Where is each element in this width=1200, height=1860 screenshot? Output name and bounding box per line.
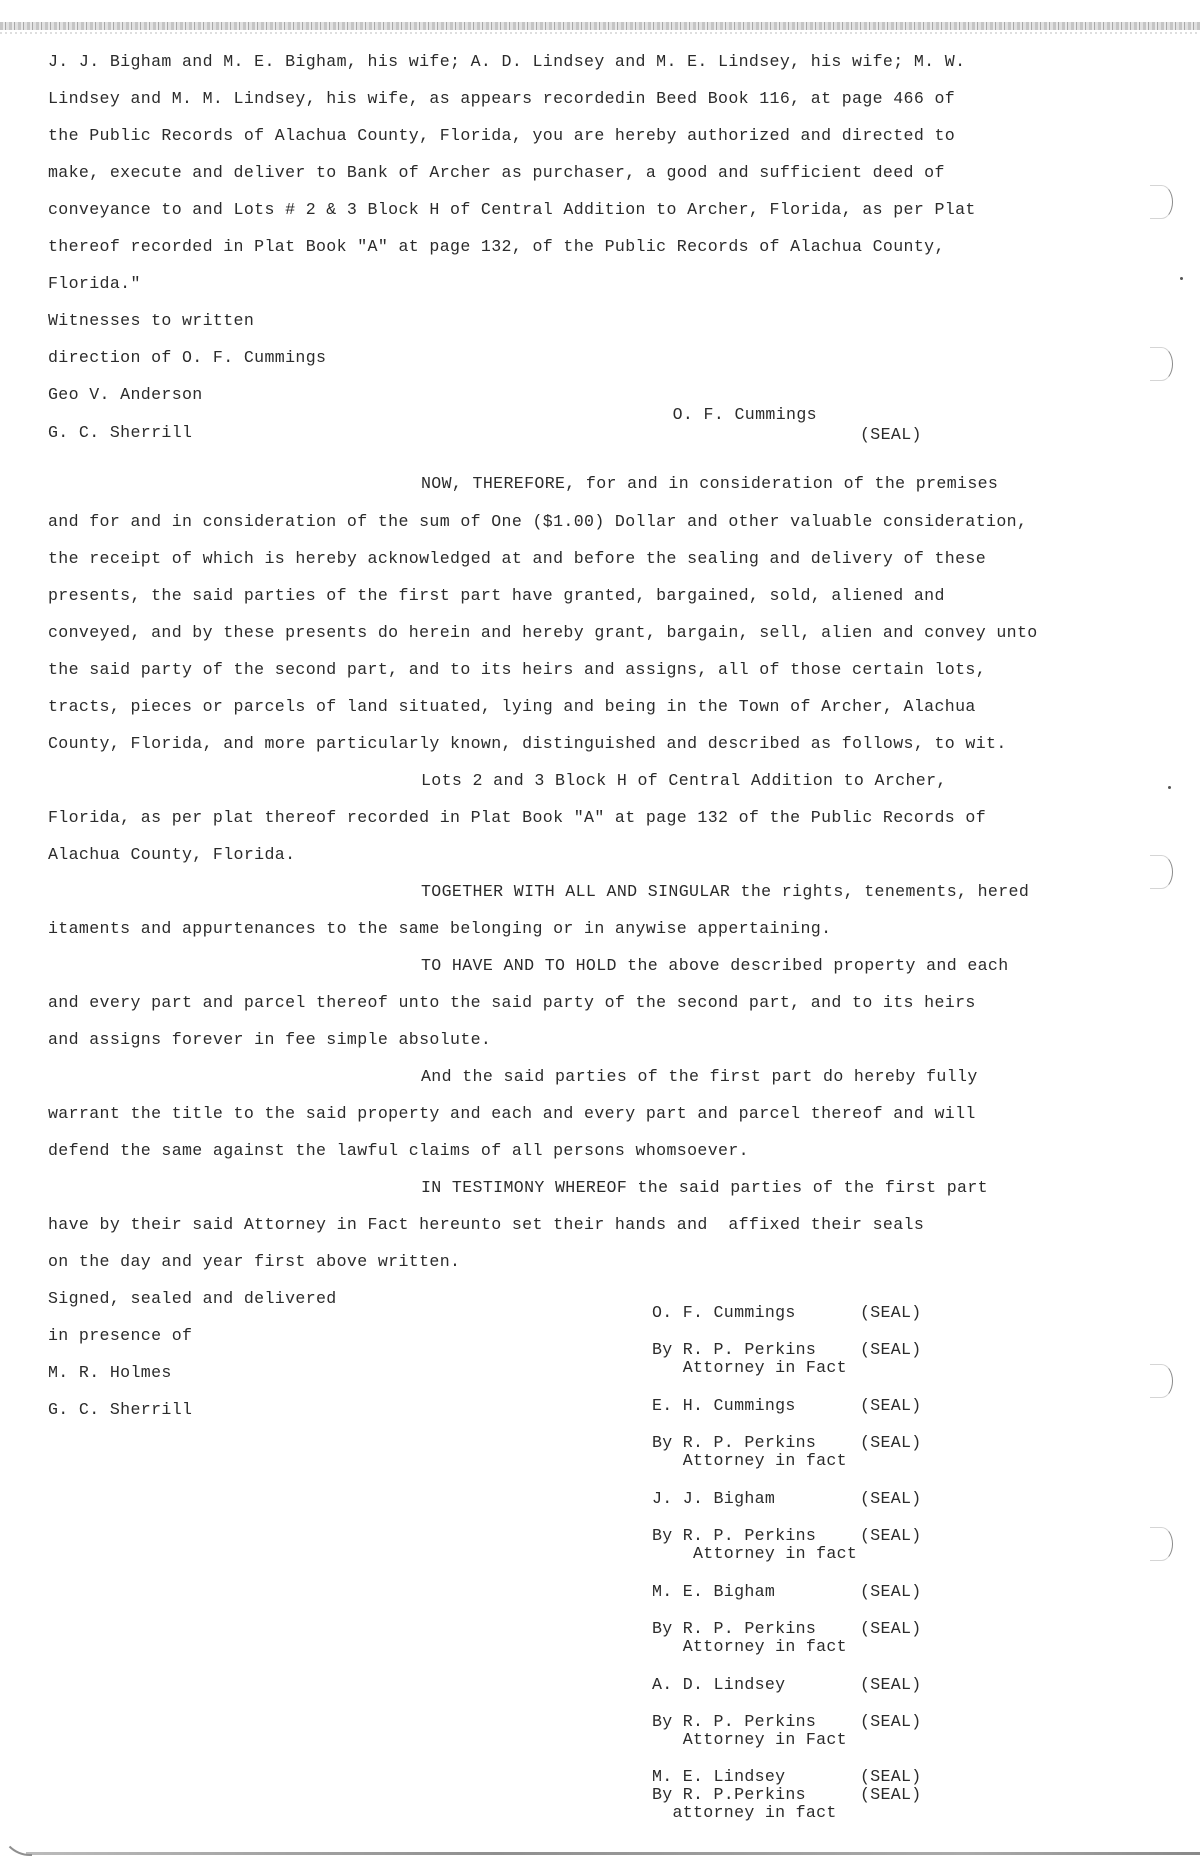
signer-name: By R. P. Perkins bbox=[652, 1526, 816, 1545]
seal-label: (SEAL) bbox=[860, 1434, 922, 1452]
document-line: Alachua County, Florida. bbox=[48, 845, 295, 865]
attorney-in-fact-label: Attorney in Fact bbox=[652, 1731, 847, 1749]
signature-entry: O. F. Cummings(SEAL) bbox=[652, 1304, 796, 1322]
signature-entry: By R. P.Perkins(SEAL) attorney in fact bbox=[652, 1786, 837, 1822]
signer-name: By R. P. Perkins bbox=[652, 1340, 816, 1359]
seal-label: (SEAL) bbox=[860, 1490, 922, 1508]
seal-label: (SEAL) bbox=[860, 1676, 922, 1694]
seal-label: (SEAL) bbox=[860, 1583, 922, 1601]
document-line: have by their said Attorney in Fact here… bbox=[48, 1215, 924, 1235]
document-line: TO HAVE AND TO HOLD the above described … bbox=[421, 956, 1009, 976]
signer-name: M. E. Lindsey bbox=[652, 1767, 785, 1786]
seal-label: (SEAL) bbox=[860, 1397, 922, 1415]
document-line: thereof recorded in Plat Book "A" at pag… bbox=[48, 237, 945, 257]
page-top-edge bbox=[0, 22, 1200, 30]
document-line: conveyance to and Lots # 2 & 3 Block H o… bbox=[48, 200, 976, 220]
document-line: and assigns forever in fee simple absolu… bbox=[48, 1030, 491, 1050]
document-line: M. R. Holmes bbox=[48, 1363, 172, 1383]
signature-entry: By R. P. Perkins(SEAL) Attorney in Fact bbox=[652, 1713, 847, 1749]
document-line: Florida." bbox=[48, 274, 141, 294]
document-line: IN TESTIMONY WHEREOF the said parties of… bbox=[421, 1178, 988, 1198]
signature-entry: J. J. Bigham(SEAL) bbox=[652, 1490, 775, 1508]
ink-speck bbox=[1168, 786, 1171, 789]
signature-entry: By R. P. Perkins(SEAL) Attorney in Fact bbox=[652, 1341, 847, 1377]
signer-name: J. J. Bigham bbox=[652, 1489, 775, 1508]
seal-label: (SEAL) bbox=[860, 1786, 922, 1804]
seal-label: (SEAL) bbox=[860, 1341, 922, 1359]
signer-name: By R. P. Perkins bbox=[652, 1433, 816, 1452]
document-line: Geo V. Anderson bbox=[48, 385, 203, 405]
attorney-in-fact-label: Attorney in Fact bbox=[652, 1359, 847, 1377]
document-line: warrant the title to the said property a… bbox=[48, 1104, 976, 1124]
document-line: the said party of the second part, and t… bbox=[48, 660, 986, 680]
ink-speck bbox=[1180, 277, 1183, 280]
signer-name: O. F. Cummings bbox=[652, 1303, 796, 1322]
document-line: Lindsey and M. M. Lindsey, his wife, as … bbox=[48, 89, 955, 109]
seal-label: (SEAL) bbox=[860, 1527, 922, 1545]
document-line: itaments and appurtenances to the same b… bbox=[48, 919, 831, 939]
document-line: Signed, sealed and delivered bbox=[48, 1289, 337, 1309]
document-line: J. J. Bigham and M. E. Bigham, his wife;… bbox=[48, 52, 965, 72]
document-line: Witnesses to written bbox=[48, 311, 254, 331]
document-line: Florida, as per plat thereof recorded in… bbox=[48, 808, 986, 828]
signer-name: M. E. Bigham bbox=[652, 1582, 775, 1601]
attorney-in-fact-label: attorney in fact bbox=[652, 1804, 837, 1822]
seal-label: (SEAL) bbox=[860, 1713, 922, 1731]
seal-label: (SEAL) bbox=[860, 1620, 922, 1638]
signer-name: A. D. Lindsey bbox=[652, 1675, 785, 1694]
signer-name: By R. P. Perkins bbox=[652, 1619, 816, 1638]
signature-entry: By R. P. Perkins(SEAL) Attorney in fact bbox=[652, 1434, 847, 1470]
document-line: NOW, THEREFORE, for and in consideration… bbox=[421, 474, 998, 494]
page-bottom-edge bbox=[26, 1852, 1200, 1855]
signature-entry: A. D. Lindsey(SEAL) bbox=[652, 1676, 785, 1694]
document-line: County, Florida, and more particularly k… bbox=[48, 734, 1007, 754]
document-line: and every part and parcel thereof unto t… bbox=[48, 993, 976, 1013]
document-line: And the said parties of the first part d… bbox=[421, 1067, 978, 1087]
document-line: conveyed, and by these presents do herei… bbox=[48, 623, 1038, 643]
signature-entry: M. E. Bigham(SEAL) bbox=[652, 1583, 775, 1601]
punch-hole-icon bbox=[1150, 185, 1173, 219]
signature-entry: M. E. Lindsey(SEAL) bbox=[652, 1768, 785, 1786]
signature-entry: By R. P. Perkins(SEAL) Attorney in fact bbox=[652, 1527, 857, 1563]
document-line: make, execute and deliver to Bank of Arc… bbox=[48, 163, 945, 183]
signature-entry: E. H. Cummings(SEAL) bbox=[652, 1397, 796, 1415]
document-line: in presence of bbox=[48, 1326, 192, 1346]
attorney-in-fact-label: Attorney in fact bbox=[652, 1638, 847, 1656]
seal-label: (SEAL) bbox=[860, 1768, 922, 1786]
attorney-in-fact-label: Attorney in fact bbox=[652, 1452, 847, 1470]
document-line: direction of O. F. Cummings bbox=[48, 348, 326, 368]
document-line: TOGETHER WITH ALL AND SINGULAR the right… bbox=[421, 882, 1029, 902]
witness-signature-line: O. F. Cummings (SEAL) bbox=[652, 385, 817, 445]
document-line: presents, the said parties of the first … bbox=[48, 586, 945, 606]
document-line: G. C. Sherrill bbox=[48, 423, 192, 443]
punch-hole-icon bbox=[1150, 1527, 1173, 1561]
punch-hole-icon bbox=[1150, 855, 1173, 889]
document-line: the receipt of which is hereby acknowled… bbox=[48, 549, 986, 569]
document-line: tracts, pieces or parcels of land situat… bbox=[48, 697, 976, 717]
document-line: the Public Records of Alachua County, Fl… bbox=[48, 126, 955, 146]
punch-hole-icon bbox=[1150, 1364, 1173, 1398]
attorney-in-fact-label: Attorney in fact bbox=[652, 1545, 857, 1563]
document-line: Lots 2 and 3 Block H of Central Addition… bbox=[421, 771, 947, 791]
signer-name: O. F. Cummings bbox=[673, 405, 817, 424]
signer-name: E. H. Cummings bbox=[652, 1396, 796, 1415]
signature-entry: By R. P. Perkins(SEAL) Attorney in fact bbox=[652, 1620, 847, 1656]
seal-label: (SEAL) bbox=[860, 1304, 922, 1322]
page-corner-curl bbox=[0, 1820, 32, 1856]
document-line: and for and in consideration of the sum … bbox=[48, 512, 1027, 532]
document-line: G. C. Sherrill bbox=[48, 1400, 192, 1420]
signer-name: By R. P. Perkins bbox=[652, 1712, 816, 1731]
document-line: defend the same against the lawful claim… bbox=[48, 1141, 749, 1161]
seal-label: (SEAL) bbox=[860, 425, 922, 445]
document-line: on the day and year first above written. bbox=[48, 1252, 460, 1272]
punch-hole-icon bbox=[1150, 347, 1173, 381]
signer-name: By R. P.Perkins bbox=[652, 1785, 806, 1804]
